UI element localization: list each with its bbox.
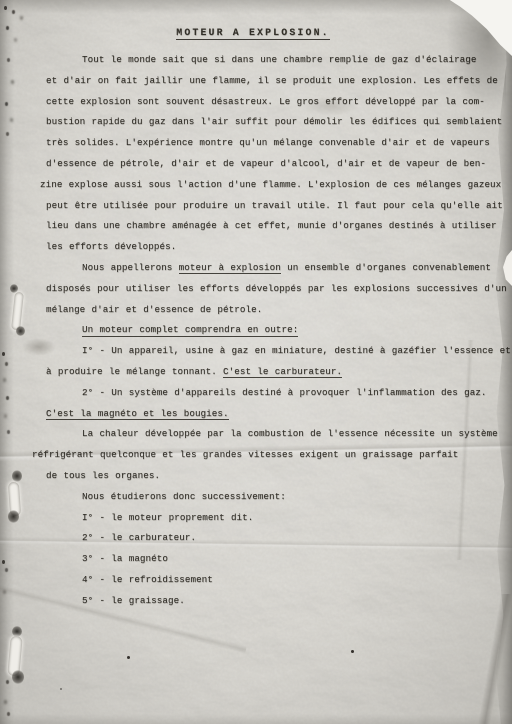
text-segment: zine explose aussi sous l'action d'une f… [40,179,501,190]
document-title-text: MOTEUR A EXPLOSION. [176,27,330,40]
text-segment: Tout le monde sait que si dans une chamb… [82,54,477,65]
text-line: peut être utilisée pour produire un trav… [46,196,506,217]
text-line: mélange d'air et d'essence de pétrole. [46,300,506,321]
text-line: cette explosion sont souvent désastreux.… [46,92,506,113]
document-title: MOTEUR A EXPLOSION. [46,14,460,50]
typewritten-text: MOTEUR A EXPLOSION. Tout le monde sait q… [46,14,506,612]
text-segment: réfrigérant quelconque et les grandes vi… [32,449,458,460]
text-segment: à produire le mélange tonnant. [46,366,223,377]
text-segment: 4° - le refroidissement [82,574,213,585]
text-line: 2° - Un système d'appareils destiné à pr… [46,383,506,404]
text-line: 5° - le graissage. [46,591,506,612]
text-line: à produire le mélange tonnant. C'est le … [46,362,506,383]
text-line: lieu dans une chambre aménagée à cet eff… [46,216,506,237]
text-segment: I° - Un appareil, usine à gaz en miniatu… [82,345,511,356]
text-segment: lieu dans une chambre aménagée à cet eff… [46,220,497,231]
text-segment: cette explosion sont souvent désastreux.… [46,96,485,107]
text-segment: d'essence de pétrole, d'air et de vapeur… [46,158,486,169]
text-segment: I° - le moteur proprement dit. [82,512,253,523]
text-line: Un moteur complet comprendra en outre: [46,320,506,341]
scanned-document-page: MOTEUR A EXPLOSION. Tout le monde sait q… [0,0,512,724]
top-edge-shadow [0,0,512,14]
text-segment: 2° - Un système d'appareils destiné à pr… [82,387,487,398]
bottom-edge-shadow [0,714,512,724]
text-line: zine explose aussi sous l'action d'une f… [40,175,506,196]
binding-mark [12,470,22,482]
text-segment: très solides. L'expérience montre qu'un … [46,137,490,148]
text-segment: bustion rapide du gaz dans l'air suffit … [46,116,502,127]
ink-speck [60,688,62,690]
underlined-text: moteur à explosion [179,262,281,275]
binding-mark [8,510,19,523]
underlined-text: Un moteur complet comprendra en outre: [82,324,298,337]
binding-mark [16,326,25,336]
text-line: I° - le moteur proprement dit. [46,508,506,529]
text-line: et d'air on fait jaillir une flamme, il … [46,71,506,92]
text-segment: peut être utilisée pour produire un trav… [46,200,503,211]
fold-corner-bottom-right [478,594,512,724]
text-line: 4° - le refroidissement [46,570,506,591]
text-line: très solides. L'expérience montre qu'un … [46,133,506,154]
ink-speck [127,656,130,659]
text-line: 2° - le carburateur. [46,528,506,549]
text-line: I° - Un appareil, usine à gaz en miniatu… [46,341,506,362]
ink-speck-cluster-bottom-left [2,560,5,564]
text-line: les efforts développés. [46,237,506,258]
text-segment: les efforts développés. [46,241,176,252]
text-segment: La chaleur développée par la combustion … [82,428,498,439]
underlined-text: C'est la magnéto et les bougies. [46,408,229,421]
text-line: La chaleur développée par la combustion … [46,424,506,445]
text-line: C'est la magnéto et les bougies. [46,404,506,425]
text-segment: de tous les organes. [46,470,160,481]
text-segment: Nous appellerons [82,262,179,273]
underlined-text: C'est le carburateur. [223,366,342,379]
text-segment: 2° - le carburateur. [82,532,196,543]
text-line: bustion rapide du gaz dans l'air suffit … [46,112,506,133]
text-line: disposés pour utiliser les efforts dével… [46,279,506,300]
text-line: Tout le monde sait que si dans une chamb… [46,50,506,71]
text-segment: disposés pour utiliser les efforts dével… [46,283,507,294]
text-segment: et d'air on fait jaillir une flamme, il … [46,75,498,86]
ink-speck-cluster-left [2,352,5,356]
binding-mark [12,670,24,684]
ink-speck [351,650,354,653]
text-segment: 3° - la magnéto [82,553,168,564]
text-line: 3° - la magnéto [46,549,506,570]
text-line: de tous les organes. [46,466,506,487]
text-segment: 5° - le graissage. [82,595,185,606]
text-line: d'essence de pétrole, d'air et de vapeur… [46,154,506,175]
text-line: Nous appellerons moteur à explosion un e… [46,258,506,279]
left-edge-shadow [0,0,14,724]
ink-speck-cluster-top-left [4,6,7,10]
text-segment: Nous étudierons donc successivement: [82,491,286,502]
typewritten-lines: Tout le monde sait que si dans une chamb… [46,50,506,612]
text-line: Nous étudierons donc successivement: [46,487,506,508]
text-segment: un ensemble d'organes convenablement [281,262,491,273]
text-segment: mélange d'air et d'essence de pétrole. [46,304,262,315]
text-line: réfrigérant quelconque et les grandes vi… [32,445,506,466]
